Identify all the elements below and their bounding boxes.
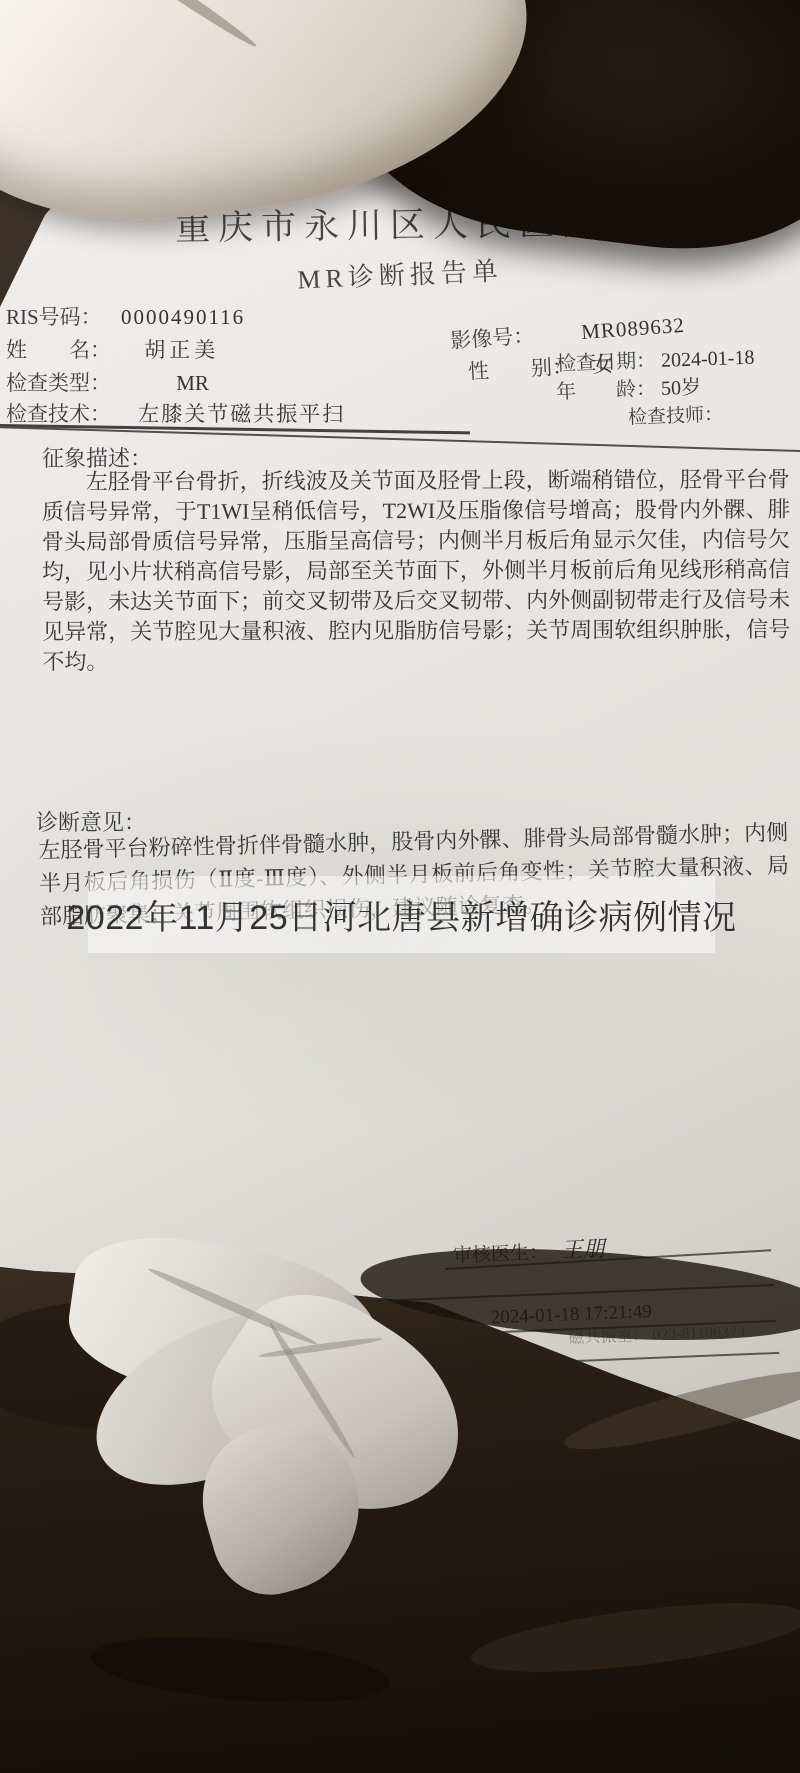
caption-overlay-banner: 2022年11月25日河北唐县新增确诊病例情况 xyxy=(88,876,715,953)
ris-value: 0000490116 xyxy=(121,305,245,329)
findings-body: 左胫骨平台骨折，折线波及关节面及胫骨上段，断端稍错位，胫骨平台骨质信号异常，于T… xyxy=(42,465,791,678)
field-patient-name: 姓 名： 胡正美 xyxy=(6,334,219,364)
ris-label: RIS号码： xyxy=(6,305,102,329)
image-no-label: 影像号： xyxy=(450,323,535,353)
exam-type-value: MR xyxy=(176,371,209,395)
age-label: 年 龄： xyxy=(556,378,657,403)
technician-label: 检查技师： xyxy=(628,404,724,428)
caption-text: 2022年11月25日河北唐县新增确诊病例情况 xyxy=(66,890,736,939)
image-no-value: MR089632 xyxy=(580,313,685,344)
exam-type-label: 检查类型： xyxy=(6,371,111,395)
field-exam-technique: 检查技术： 左膝关节磁共振平扫 xyxy=(6,398,345,428)
field-exam-type: 检查类型： MR xyxy=(6,367,209,397)
technique-value: 左膝关节磁共振平扫 xyxy=(138,402,345,426)
name-value: 胡正美 xyxy=(144,338,219,362)
technique-label: 检查技术： xyxy=(6,402,111,426)
photo-of-mr-report: 重庆市永川区人民医院 MR诊断报告单 RIS号码： 0000490116 姓 名… xyxy=(0,0,800,1773)
field-technician: 检查技师： xyxy=(628,399,724,429)
field-ris-number: RIS号码： 0000490116 xyxy=(6,301,245,331)
name-label: 姓 名： xyxy=(6,338,111,362)
exam-date-value: 2024-01-18 xyxy=(661,347,755,372)
age-value: 50岁 xyxy=(661,376,702,399)
field-age: 年 龄： 50岁 xyxy=(556,370,702,404)
report-title: MR诊断报告单 xyxy=(264,249,535,298)
